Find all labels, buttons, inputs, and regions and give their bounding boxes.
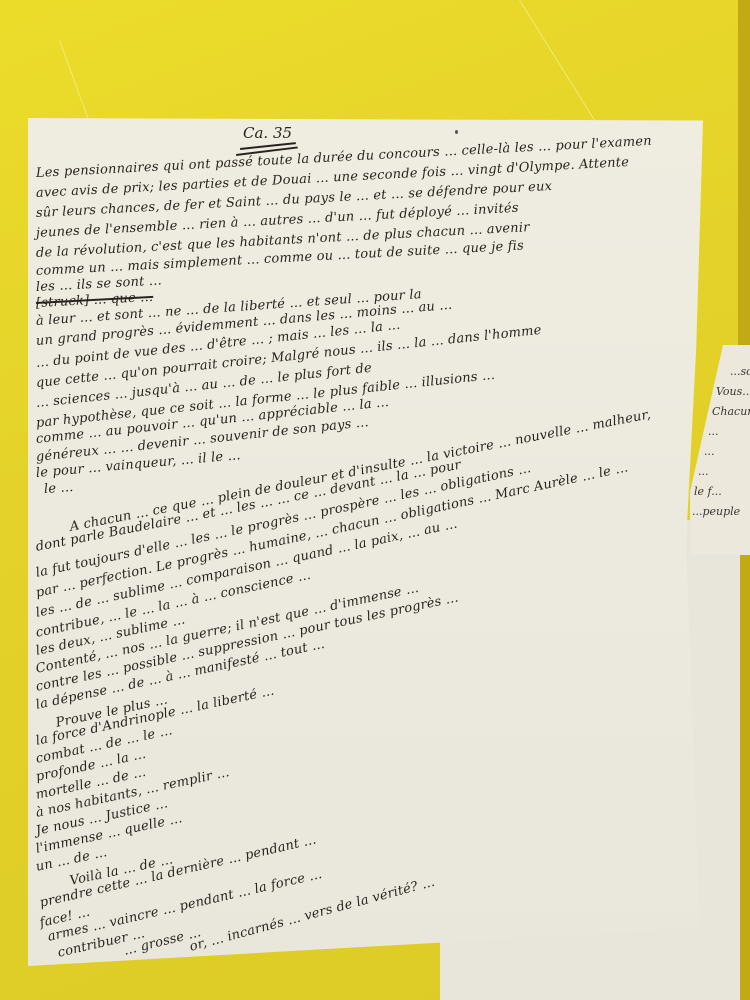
secondary-sheet-text: ...peuple: [692, 505, 740, 518]
secondary-sheet-text: Vous...: [716, 385, 750, 398]
secondary-sheet-text: ...: [708, 425, 719, 438]
ink-mark: [455, 130, 458, 134]
secondary-sheet-text: ...: [704, 445, 715, 458]
manuscript-line: le ...: [43, 480, 74, 497]
secondary-sheet-text: ...: [698, 465, 709, 478]
secondary-sheet-text: ...son: [730, 365, 750, 378]
page-heading: Ca. 35: [243, 124, 292, 142]
secondary-sheet-text: Chacun...: [712, 405, 750, 418]
secondary-sheet-text: le f...: [694, 485, 722, 498]
